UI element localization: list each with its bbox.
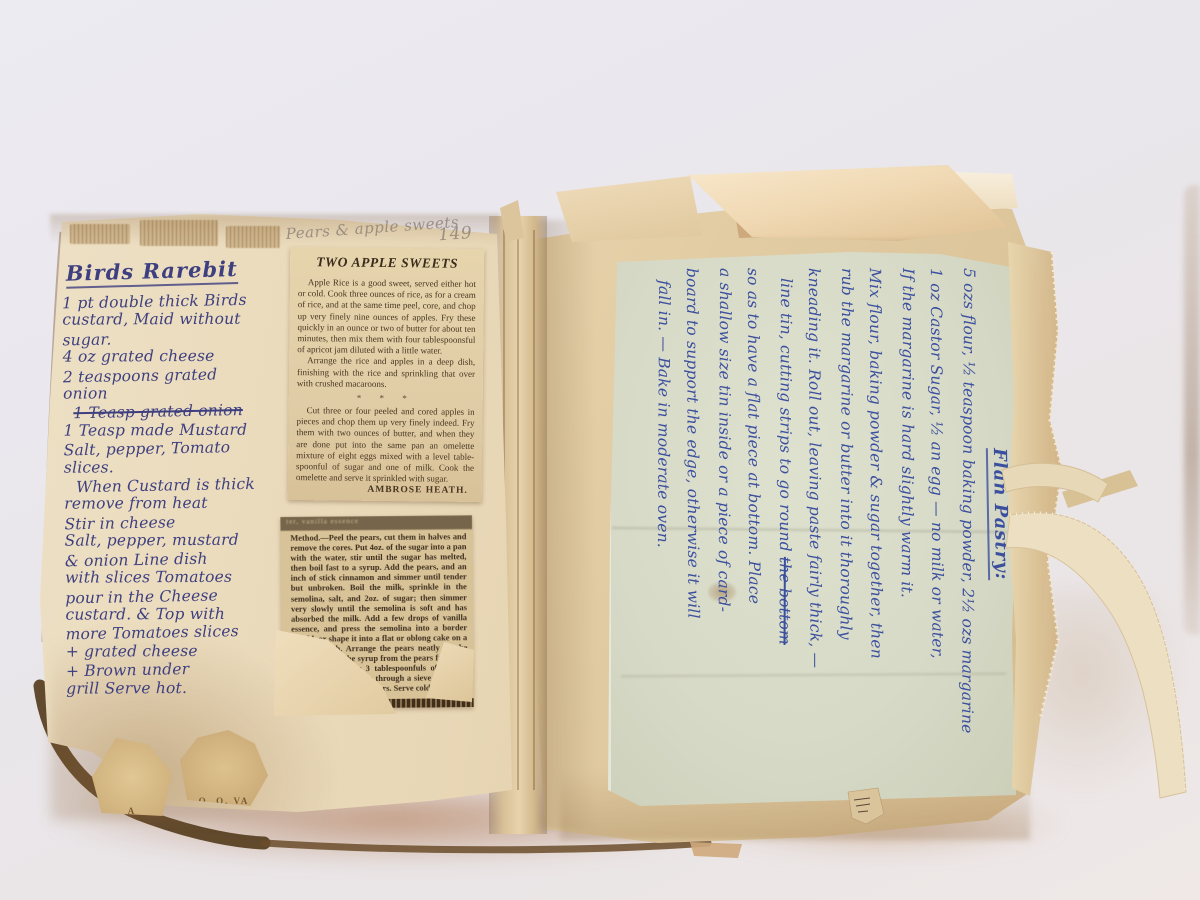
out-of-focus-object-right xyxy=(1184,185,1200,635)
ribbons-and-torn-edges-layer xyxy=(0,0,1200,900)
photo-of-recipe-scrapbook: Flan Pastry: 5 ozs flour, ½ teaspoon bak… xyxy=(0,0,1200,900)
page-stub-top xyxy=(500,200,524,242)
paper-chip xyxy=(690,842,742,858)
newsprint-chip xyxy=(848,788,884,824)
